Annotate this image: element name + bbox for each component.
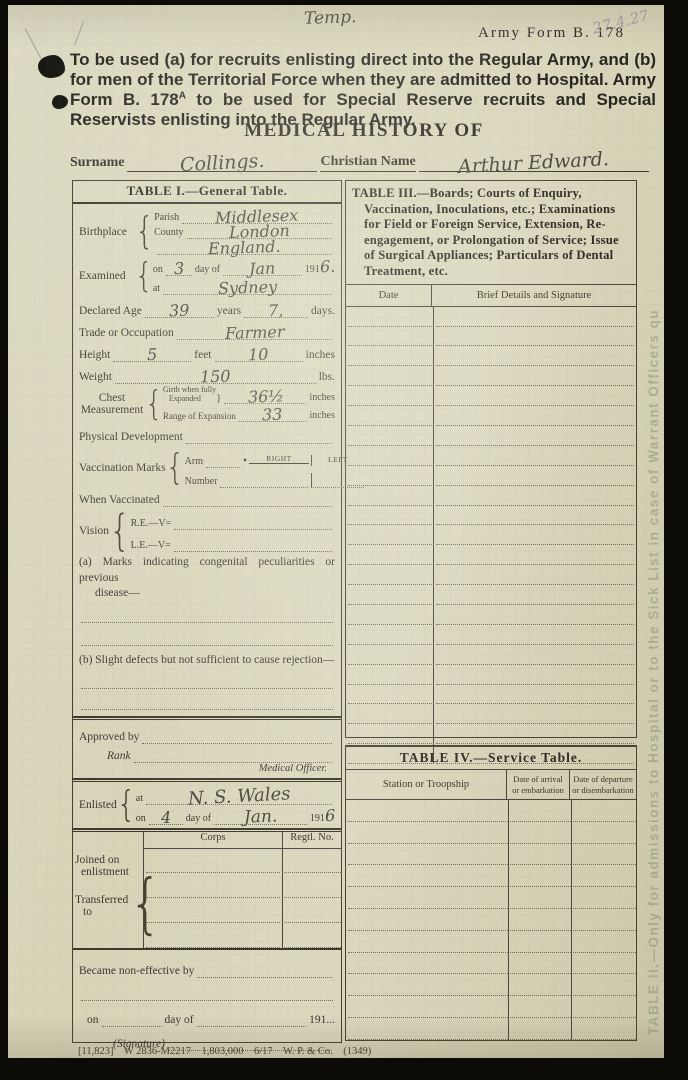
girth-value: 36½ — [247, 386, 284, 406]
name-row: Surname Collings. Christian Name Arthur … — [70, 146, 652, 172]
divider-rule — [73, 716, 341, 720]
inches-label: inches — [306, 349, 335, 362]
departure-cell — [571, 1018, 636, 1040]
birthplace-group: Birthplace { Parish Middlesex County Lon… — [79, 209, 335, 255]
table-3-row — [346, 525, 636, 545]
enlisted-year-value: 6 — [324, 805, 335, 824]
corps-header: Corps — [144, 832, 282, 848]
transferred-to-label: Transferred to — [75, 894, 128, 918]
section-a-line-1: (a) Marks indicating congenital peculiar… — [79, 555, 335, 586]
physical-development-label: Physical Development — [79, 431, 183, 444]
parish-label: Parish — [154, 212, 179, 224]
table-3-row — [346, 426, 636, 446]
table-3-row — [346, 366, 636, 386]
enlisted-year-print: 191 — [310, 813, 325, 825]
height-inches-field: 10 — [215, 345, 303, 362]
transferred-label-2: to — [75, 906, 128, 918]
brace: { — [117, 787, 136, 823]
date-cell — [348, 327, 434, 347]
table-3-row — [346, 645, 636, 665]
corps-cell — [146, 898, 280, 923]
departure-cell — [571, 844, 636, 866]
girth-brace: } — [216, 392, 221, 404]
table-3-row — [346, 327, 636, 347]
corps-table-row — [144, 849, 341, 874]
surname-value: Collings. — [180, 150, 265, 176]
table-3-row — [346, 406, 636, 426]
date-cell — [348, 605, 434, 625]
vision-group: Vision { R.E.—V= L.E.—V= — [79, 509, 335, 553]
details-cell — [436, 704, 634, 724]
details-cell — [436, 486, 634, 506]
date-cell — [348, 346, 434, 366]
age-days-field: 7, — [244, 301, 308, 318]
table-3-row — [346, 506, 636, 526]
weight-row: Weight 150 lbs. — [79, 367, 335, 384]
date-cell — [348, 645, 434, 665]
examined-month-field: Jan — [223, 259, 302, 276]
age-years-field: 39 — [145, 301, 214, 318]
details-cell — [436, 307, 634, 327]
declared-age-label: Declared Age — [79, 305, 142, 318]
date-cell — [348, 545, 434, 565]
county-field-2: England. — [157, 238, 332, 255]
weight-field: 150 — [115, 367, 316, 384]
table-3-title: TABLE III.—Boards; Courts of Enquiry, Va… — [346, 181, 636, 284]
trade-value: Farmer — [224, 322, 284, 343]
table-3-row — [346, 307, 636, 327]
expansion-label: Range of Expansion — [163, 411, 236, 422]
section-a-blank-line — [81, 602, 333, 623]
regtl-no-cell — [282, 873, 341, 898]
date-cell — [348, 426, 434, 446]
departure-cell — [571, 822, 636, 844]
table-4-row — [346, 822, 636, 844]
page-title: MEDICAL HISTORY OF — [68, 120, 660, 142]
section-a-blank-line — [81, 623, 333, 646]
regtl-no-header: Regtl. No. — [282, 832, 341, 848]
details-cell — [436, 525, 634, 545]
station-cell — [348, 931, 508, 953]
christian-name-field: Arthur Edward. — [419, 152, 649, 172]
physical-development-row: Physical Development — [79, 429, 335, 444]
enlisted-day-of-label: day of — [186, 813, 211, 825]
date-cell — [348, 704, 434, 724]
table-3-row — [346, 704, 636, 724]
non-effective-blank-line — [81, 984, 333, 1001]
height-label: Height — [79, 349, 110, 362]
rank-field — [134, 762, 332, 763]
departure-column-header: Date of departure or disembarkation — [569, 770, 636, 799]
brace: { — [166, 450, 185, 486]
non-effective-row: Became non-effective by — [79, 962, 335, 978]
departure-cell — [571, 974, 636, 996]
examined-day-field: 3 — [166, 259, 192, 276]
corps-cell — [146, 873, 280, 898]
table-4-rows — [346, 800, 636, 1040]
christian-name-value: Arthur Edward. — [458, 148, 610, 178]
regtl-no-cell — [282, 898, 341, 923]
departure-cell — [571, 996, 636, 1018]
details-cell — [436, 585, 634, 605]
weight-label: Weight — [79, 371, 112, 384]
medical-officer-label: Medical Officer. — [79, 763, 335, 774]
vaccination-group: Vaccination Marks { Arm • RIGHT LEFT Num… — [79, 448, 335, 488]
departure-cell — [571, 931, 636, 953]
date-cell — [348, 307, 434, 327]
table-3-row — [346, 665, 636, 685]
examined-day: 3 — [173, 259, 184, 278]
brace: { — [145, 387, 163, 421]
table-3-row — [346, 446, 636, 466]
arrival-cell — [508, 974, 571, 996]
examined-at-value: Sydney — [218, 277, 278, 298]
regtl-no-cell — [282, 923, 341, 948]
arrival-cell — [508, 931, 571, 953]
date-cell — [348, 625, 434, 645]
examined-label: Examined — [79, 257, 135, 295]
station-cell — [348, 909, 508, 931]
arrival-cell — [508, 909, 571, 931]
arm-label: Arm — [185, 456, 203, 468]
at-label: at — [153, 283, 160, 295]
details-cell — [436, 327, 634, 347]
height-row: Height 5 feet 10 inches — [79, 345, 335, 362]
examined-month: Jan — [249, 259, 276, 279]
height-inches-value: 10 — [248, 345, 269, 365]
corps-table-labels: Joined on enlistment Transferred to { — [73, 832, 143, 948]
non-effective-field — [197, 977, 332, 978]
table-1-title: TABLE I.—General Table. — [73, 181, 341, 204]
pencil-scribble — [74, 21, 84, 46]
feet-label: feet — [194, 349, 211, 362]
corps-table-row — [144, 873, 341, 898]
details-column-header: Brief Details and Signature — [432, 290, 636, 301]
usage-notice: To be used (a) for recruits enlisting di… — [70, 50, 656, 130]
table-4-row — [346, 909, 636, 931]
right-eye-label: R.E.—V= — [131, 518, 172, 530]
examined-at-field: Sydney — [163, 278, 332, 295]
details-cell — [436, 406, 634, 426]
station-cell — [348, 953, 508, 975]
departure-cell — [571, 909, 636, 931]
corps-table: Joined on enlistment Transferred to { Co… — [73, 832, 341, 950]
ink-blot-small — [52, 95, 68, 109]
station-column-header: Station or Troopship — [346, 770, 506, 799]
form-number-superscript: A — [179, 90, 186, 101]
girth-label: Girth when fully Expanded — [163, 386, 216, 404]
ne-month-field — [197, 1026, 307, 1027]
ne-day-of-label: day of — [165, 1014, 194, 1027]
girth-label-2: Expanded — [163, 394, 201, 403]
details-cell — [436, 506, 634, 526]
date-cell — [348, 685, 434, 705]
date-cell — [348, 724, 434, 744]
corps-table-row — [144, 898, 341, 923]
corps-table-header: Corps Regtl. No. — [144, 832, 341, 849]
when-vaccinated-row: When Vaccinated — [79, 492, 335, 507]
date-cell — [348, 466, 434, 486]
age-days-value: 7, — [268, 301, 284, 321]
chest-label-2: Measurement — [79, 404, 145, 416]
details-cell — [436, 665, 634, 685]
expansion-field: 33 — [239, 405, 307, 422]
departure-cell — [571, 865, 636, 887]
joined-label-1: Joined on — [75, 854, 129, 866]
departure-header-2: or disembarkation — [570, 785, 636, 796]
table-4-row — [346, 887, 636, 909]
birthplace-label: Birthplace — [79, 209, 135, 255]
details-cell — [436, 346, 634, 366]
station-cell — [348, 996, 508, 1018]
arrival-cell — [508, 800, 571, 822]
table-2-show-through-text: TABLE II.—Only for admissions to Hospita… — [646, 115, 664, 1035]
expansion-units: inches — [309, 410, 335, 422]
table-3-row — [346, 565, 636, 585]
corps-cell — [146, 849, 280, 874]
table-3-row — [346, 605, 636, 625]
ne-on-label: on — [87, 1014, 99, 1027]
non-effective-date-row: on day of 191... — [79, 1011, 335, 1027]
details-cell — [436, 426, 634, 446]
brace: { — [135, 213, 154, 251]
arrival-cell — [508, 953, 571, 975]
girth-units: inches — [309, 392, 335, 404]
number-right-field — [220, 487, 308, 488]
details-cell — [436, 446, 634, 466]
details-cell — [436, 724, 634, 744]
arrival-cell — [508, 822, 571, 844]
enlisted-label: Enlisted — [79, 785, 117, 825]
enlisted-month-value: Jan. — [243, 806, 277, 827]
station-cell — [348, 800, 508, 822]
brace: { — [109, 510, 131, 553]
table-3-row — [346, 346, 636, 366]
approved-by-label: Approved by — [79, 731, 139, 744]
transferred-label-1: Transferred — [75, 894, 128, 906]
surname-field: Collings. — [127, 152, 317, 172]
table-3-row — [346, 545, 636, 565]
date-cell — [348, 386, 434, 406]
station-cell — [348, 844, 508, 866]
date-cell — [348, 486, 434, 506]
arrival-cell — [508, 865, 571, 887]
details-cell — [436, 605, 634, 625]
table-3-row — [346, 466, 636, 486]
table-4-service: TABLE IV.—Service Table. Station or Troo… — [345, 745, 637, 1041]
scanned-medical-form: { "annotations": { "temp": "Temp.", "dat… — [0, 0, 688, 1080]
vision-label: Vision — [79, 509, 109, 553]
left-eye-label: L.E.—V= — [131, 540, 171, 552]
departure-header-1: Date of departure — [570, 774, 636, 785]
trade-label: Trade or Occupation — [79, 327, 174, 340]
section-b: (b) Slight defects but not sufficient to… — [79, 654, 335, 666]
weight-value: 150 — [200, 366, 231, 386]
table-3-rows — [346, 307, 636, 764]
date-column-header: Date — [346, 285, 432, 306]
printer-imprint: [11,823] W 2836-M2217 1,803,000 6/17 W. … — [78, 1046, 371, 1057]
section-b-blank-line — [81, 666, 333, 689]
table-4-header: Station or Troopship Date of arrival or … — [346, 770, 636, 800]
table-4-title: TABLE IV.—Service Table. — [346, 747, 636, 770]
examined-year: 6. — [319, 257, 335, 277]
rank-row: Rank — [79, 747, 335, 763]
station-cell — [348, 974, 508, 996]
right-eye-field — [174, 529, 332, 530]
joined-on-enlistment-label: Joined on enlistment — [75, 854, 129, 878]
table-1-general: TABLE I.—General Table. Birthplace { Par… — [72, 180, 342, 1043]
when-vaccinated-field — [163, 506, 332, 507]
table-3-row — [346, 625, 636, 645]
table-4-row — [346, 844, 636, 866]
table-4-row — [346, 865, 636, 887]
ne-year-print: 191... — [309, 1014, 335, 1027]
table-3-boards: TABLE III.—Boards; Courts of Enquiry, Va… — [345, 180, 637, 738]
station-cell — [348, 865, 508, 887]
table-3-row — [346, 585, 636, 605]
enlisted-group: Enlisted { at N. S. Wales on 4 day of Ja… — [79, 785, 335, 825]
date-cell — [348, 446, 434, 466]
non-effective-label: Became non-effective by — [79, 965, 194, 978]
ink-blot-large — [38, 55, 65, 78]
date-cell — [348, 525, 434, 545]
trade-row: Trade or Occupation Farmer — [79, 323, 335, 340]
station-cell — [348, 1018, 508, 1040]
table-4-row — [346, 800, 636, 822]
expansion-value: 33 — [262, 405, 283, 425]
table-4-row — [346, 1018, 636, 1040]
on-label: on — [153, 264, 163, 276]
date-cell — [348, 665, 434, 685]
years-label: years — [217, 305, 241, 318]
girth-label-1: Girth when fully — [163, 385, 216, 394]
corps-table-row — [144, 923, 341, 948]
date-cell — [348, 565, 434, 585]
examined-group: Examined { on 3 day of Jan 191 6. at Syd… — [79, 257, 335, 295]
right-column-header: RIGHT — [249, 454, 309, 464]
departure-cell — [571, 800, 636, 822]
arrival-column-header: Date of arrival or embarkation — [506, 770, 569, 799]
enlisted-on-label: on — [136, 813, 146, 825]
trade-field: Farmer — [177, 323, 332, 340]
declared-age-row: Declared Age 39 years 7, days. — [79, 301, 335, 318]
year-print: 191 — [305, 264, 320, 276]
table-4-row — [346, 996, 636, 1018]
table-4-row — [346, 953, 636, 975]
corps-table-grid: Corps Regtl. No. — [143, 832, 341, 948]
number-label: Number — [185, 476, 218, 488]
arrival-cell — [508, 887, 571, 909]
details-cell — [436, 386, 634, 406]
enlisted-day-field: 4 — [149, 808, 183, 825]
arrival-cell — [508, 844, 571, 866]
enlisted-month-field: Jan. — [214, 807, 307, 825]
details-cell — [436, 466, 634, 486]
girth-field: 36½ — [224, 387, 306, 404]
details-cell — [436, 366, 634, 386]
chest-label: Chest Measurement — [79, 386, 145, 422]
departure-cell — [571, 953, 636, 975]
regtl-no-cell — [282, 849, 341, 874]
section-a: (a) Marks indicating congenital peculiar… — [79, 555, 335, 602]
station-cell — [348, 887, 508, 909]
chest-group: Chest Measurement { Girth when fully Exp… — [79, 386, 335, 422]
table-3-row — [346, 386, 636, 406]
arrival-header-1: Date of arrival — [507, 774, 569, 785]
left-eye-field — [174, 551, 332, 552]
table-3-row — [346, 724, 636, 744]
chest-label-1: Chest — [79, 392, 145, 404]
divider-rule — [73, 778, 341, 782]
enlisted-day-value: 4 — [160, 807, 171, 826]
age-years-value: 39 — [169, 301, 190, 321]
departure-cell — [571, 887, 636, 909]
table-4-row — [346, 974, 636, 996]
date-cell — [348, 506, 434, 526]
form-paper: Temp. Army Form B. 178 27.4.27 To be use… — [8, 5, 664, 1058]
table-3-row — [346, 685, 636, 705]
height-feet-field: 5 — [113, 345, 191, 362]
day-of-label: day of — [195, 264, 220, 276]
enlisted-at-label: at — [136, 793, 143, 805]
days-label: days. — [311, 305, 335, 318]
details-cell — [436, 625, 634, 645]
table-3-row — [346, 486, 636, 506]
table-4-row — [346, 931, 636, 953]
arrival-header-2: or embarkation — [507, 785, 569, 796]
vaccination-label: Vaccination Marks — [79, 448, 166, 488]
details-cell — [436, 565, 634, 585]
pencil-scribble — [25, 28, 42, 58]
surname-label: Surname — [70, 155, 124, 172]
approved-by-row: Approved by — [79, 728, 335, 744]
physical-development-field — [186, 443, 332, 444]
joined-label-2: enlistment — [75, 866, 129, 878]
station-cell — [348, 822, 508, 844]
table-3-header: Date Brief Details and Signature — [346, 284, 636, 307]
bullet-mark: • — [243, 455, 247, 468]
date-cell — [348, 366, 434, 386]
date-cell — [348, 406, 434, 426]
enlisted-at-field: N. S. Wales — [146, 786, 332, 805]
county-value-2: England. — [208, 237, 281, 259]
details-cell — [436, 685, 634, 705]
ne-day-field — [102, 1026, 162, 1027]
arrival-cell — [508, 996, 571, 1018]
approved-by-field — [142, 743, 332, 744]
corps-cell — [146, 923, 280, 948]
lbs-label: lbs. — [319, 371, 335, 384]
section-a-line-2: disease— — [79, 586, 335, 602]
arm-field — [206, 467, 240, 468]
handwritten-temp-annotation: Temp. — [304, 7, 357, 29]
section-b-blank-line — [81, 689, 333, 710]
details-cell — [436, 645, 634, 665]
rank-label: Rank — [107, 750, 131, 763]
details-cell — [436, 545, 634, 565]
height-feet-value: 5 — [147, 345, 158, 364]
brace: { — [135, 259, 153, 293]
arrival-cell — [508, 1018, 571, 1040]
christian-name-label: Christian Name — [320, 154, 415, 172]
date-cell — [348, 585, 434, 605]
